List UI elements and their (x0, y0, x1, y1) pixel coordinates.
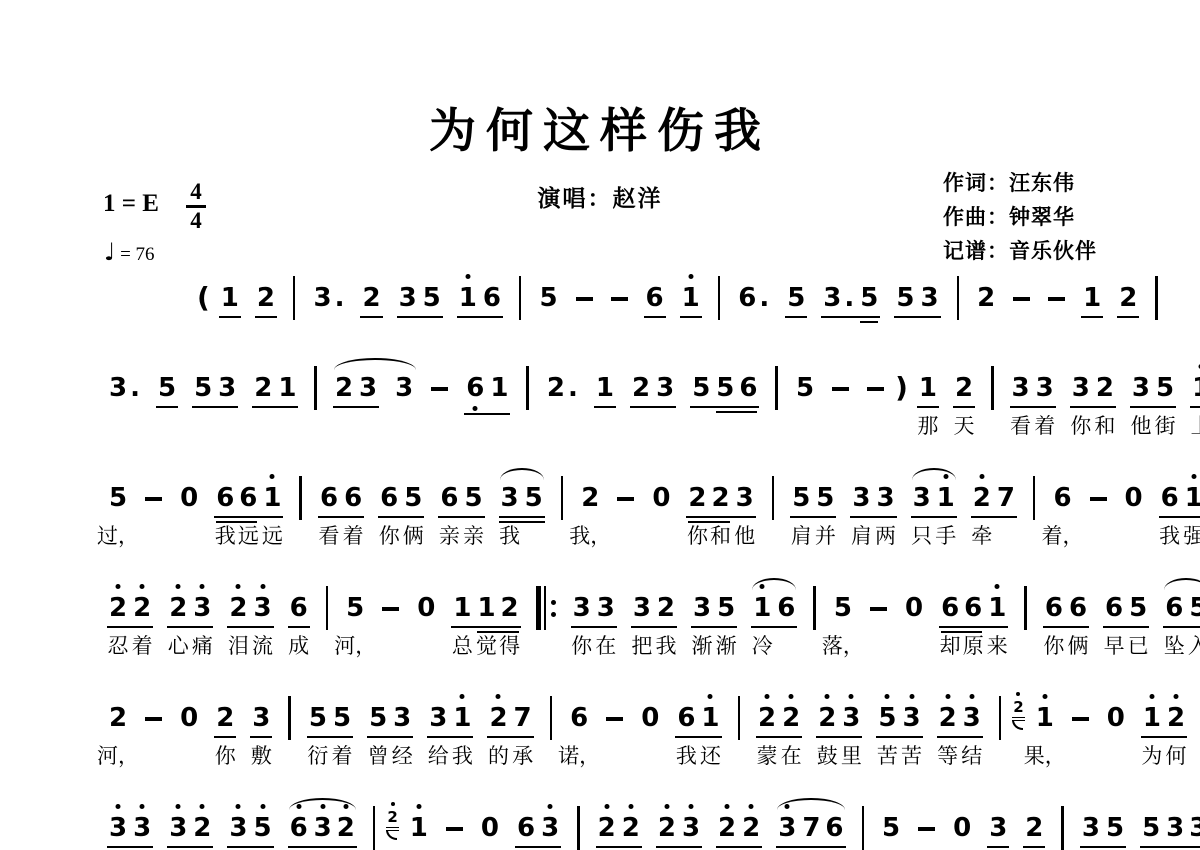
note-group: 6成 (287, 593, 311, 623)
note-digit: 5 (194, 373, 212, 403)
note: 6看 (320, 483, 338, 513)
note: 7 (997, 483, 1015, 513)
duration-dash (867, 387, 884, 391)
note-digit: 2 (688, 483, 706, 513)
note-group: 2 (1022, 813, 1046, 843)
note-digit: 6 (825, 813, 843, 843)
note: 3. (109, 373, 140, 403)
lyric-syllable: 还 (700, 741, 721, 771)
lyric-syllable: 你 (1043, 631, 1064, 661)
lyric-syllable: 我 (452, 741, 473, 771)
note-digit: 6 (677, 703, 695, 733)
time-signature-denominator: 4 (190, 209, 202, 233)
note-group: 6诺， (567, 703, 591, 733)
lyric-syllable: 里 (841, 741, 862, 771)
lyric-syllable: 总 (452, 631, 473, 661)
augmentation-dot: . (568, 373, 578, 403)
note-digit: 5 (1106, 813, 1124, 843)
note-group: 3你3在 (570, 593, 618, 623)
note: 6 (483, 283, 501, 313)
lyric-syllable: 你 (215, 741, 236, 771)
barline (561, 476, 564, 520)
note-digit: 6 (517, 813, 535, 843)
note-digit: 5 (792, 483, 810, 513)
note-group: 533 (1139, 813, 1200, 843)
barline (1061, 806, 1064, 850)
system-line-4: 2忍2着2心3痛2泪3流6成5河，01总1觉2得3你3在3把2我3渐5渐1冷65… (100, 593, 1200, 637)
note: 1强 (1185, 483, 1200, 513)
note-group: 2你 (213, 703, 237, 733)
note: 2蒙 (758, 703, 776, 733)
note-group: 0 (902, 593, 926, 623)
note-digit: 0 (180, 483, 198, 513)
note: 2得 (501, 593, 519, 623)
lyric-syllable: 泪 (228, 631, 249, 661)
note-digit: 0 (652, 483, 670, 513)
lyric-syllable: 肩 (791, 521, 812, 551)
note-digit: 6 (1161, 483, 1179, 513)
parenthesis: ( (197, 283, 210, 313)
lyric-syllable: 远 (238, 521, 259, 551)
note-digit: 2 (939, 703, 957, 733)
note: 2 (658, 813, 676, 843)
note-digit: 0 (1107, 703, 1125, 733)
system-line-2: 3.55321233612.1235565)1那2天3看3着3你2和3他5街1上… (100, 373, 1200, 417)
note-digit: 5 (860, 283, 878, 313)
note-group: 2. (544, 373, 581, 403)
duration-dash (1048, 297, 1065, 301)
note-digit: 2 (1025, 813, 1043, 843)
octave-dot-above (945, 694, 950, 699)
note: 5曾 (369, 703, 387, 733)
barline (293, 276, 296, 320)
grace-tie-curve (386, 830, 397, 840)
note-digit: 5 (1189, 593, 1200, 623)
octave-dot-above (236, 584, 241, 589)
note-group: 6坠5入 (1162, 593, 1200, 623)
sixteenth-subgroup: 1觉2得 (477, 593, 518, 623)
note-digit: 3 (133, 813, 151, 843)
lyric-syllable: 那 (917, 411, 938, 441)
note-digit: 7 (802, 813, 820, 843)
note-group: 2我， (578, 483, 602, 513)
note: 3 (218, 373, 236, 403)
note-group: 53 (191, 373, 239, 403)
lyric-syllable: 给 (428, 741, 449, 771)
octave-dot-above (708, 694, 713, 699)
augmentation-dot: . (759, 283, 769, 313)
note-digit: 6 (941, 593, 959, 623)
note-digit: 6 (239, 483, 257, 513)
note: 3渐 (693, 593, 711, 623)
lyric-syllable: 强 (1183, 521, 1200, 551)
lyric-syllable: 承 (512, 741, 533, 771)
note-digit: 3 (852, 483, 870, 513)
note-digit: 2 (133, 593, 151, 623)
note: 6 (517, 813, 535, 843)
sheet-music-page: 为何这样伤我 演唱：赵洋 作词：汪东伟 作曲：钟翠华 记谱：音乐伙伴 1 = E… (0, 0, 1200, 850)
note: 3敷 (252, 703, 270, 733)
note: 5已 (1129, 593, 1147, 623)
note-group: 3我5 (498, 483, 546, 513)
octave-dot-above (943, 474, 948, 479)
composer-credit: 作曲：钟翠华 (943, 200, 1097, 234)
note-digit: 3 (1072, 373, 1090, 403)
lyric-syllable: 来 (987, 631, 1008, 661)
lyric-syllable: 流 (252, 631, 273, 661)
note: 2忍 (109, 593, 127, 623)
note-digit: 2 (718, 813, 736, 843)
note: 5 (194, 373, 212, 403)
note: 5 (539, 283, 557, 313)
lyric-syllable: 鼓 (817, 741, 838, 771)
note: 1 (1083, 283, 1101, 313)
octave-dot-above (688, 274, 693, 279)
lyric-syllable: 坠 (1164, 631, 1185, 661)
note: 1果， (1036, 703, 1054, 733)
note: 6 (466, 373, 484, 403)
note-group: 6你5俩 (377, 483, 425, 513)
lyric-syllable: 为 (1141, 741, 1162, 771)
note: 1 (490, 373, 508, 403)
note-group: 632 (287, 813, 358, 843)
note-digit: 3 (541, 813, 559, 843)
note-digit: 2 (598, 813, 616, 843)
parenthesis: ) (895, 373, 908, 403)
octave-dot-above (296, 804, 301, 809)
note-digit: 5 (1156, 373, 1174, 403)
note-digit: 3 (876, 483, 894, 513)
note: 3 (656, 373, 674, 403)
note-digit: 1 (221, 283, 239, 313)
octave-dot-above (176, 584, 181, 589)
note-digit: 2 (782, 703, 800, 733)
lyric-syllable: 成 (288, 631, 309, 661)
note: 6我 (216, 483, 234, 513)
lyric-syllable: 看 (319, 521, 340, 551)
note-digit: 1 (1036, 703, 1054, 733)
note-digit: 7 (997, 483, 1015, 513)
note-digit: 5 (692, 373, 710, 403)
note-digit: 2 (547, 373, 565, 403)
note-group: 6着， (1050, 483, 1074, 513)
note: 1为 (1143, 703, 1161, 733)
note-digit: 2 (335, 373, 353, 403)
note-digit: 2 (977, 283, 995, 313)
note-group: 3给1我 (426, 703, 474, 733)
note-digit: 5 (525, 483, 543, 513)
note-group: 2牵7 (970, 483, 1018, 513)
note: 5入 (1189, 593, 1200, 623)
note-digit: 3 (656, 373, 674, 403)
note: 3 (169, 813, 187, 843)
note-digit: 5 (346, 593, 364, 623)
lyric-syllable: 和 (710, 521, 731, 551)
barline (775, 366, 778, 410)
sixteenth-subgroup: 32 (314, 813, 355, 843)
note-digit: 5 (464, 483, 482, 513)
note: 2和 (1096, 373, 1114, 403)
note-group: 23 (332, 373, 380, 403)
note-digit: 1 (459, 283, 477, 313)
lyric-syllable: 我， (569, 521, 611, 551)
note-group: 3. (106, 373, 143, 403)
note-digit: 2 (109, 593, 127, 623)
barline (299, 476, 302, 520)
note-digit: 1 (682, 283, 700, 313)
octave-dot-above (116, 804, 121, 809)
note-digit: 3 (359, 373, 377, 403)
barline (957, 276, 960, 320)
octave-dot-above (320, 804, 325, 809)
note-digit: 5 (882, 813, 900, 843)
note-digit: 2 (658, 813, 676, 843)
barline (314, 366, 317, 410)
octave-dot-above (725, 804, 730, 809)
octave-dot-above (1149, 694, 1154, 699)
note-group: 2忍2着 (106, 593, 154, 623)
slur-arc (752, 578, 796, 590)
note-group: 5 (155, 373, 179, 403)
note-group: 5曾3经 (366, 703, 414, 733)
octave-dot-above (1174, 694, 1179, 699)
note: 3 (1082, 813, 1100, 843)
lyric-syllable: 在 (595, 631, 616, 661)
duration-dash (617, 497, 634, 501)
note: 1远 (263, 483, 281, 513)
note: 2河， (109, 703, 127, 733)
note: 3 (1189, 813, 1200, 843)
note-digit: 5 (787, 283, 805, 313)
note-group: 32 (166, 813, 214, 843)
note-digit: 2 (489, 703, 507, 733)
note-group: 376 (775, 813, 846, 843)
lyric-syllable: 原 (963, 631, 984, 661)
note-digit: 2 (169, 593, 187, 623)
note: 2心 (169, 593, 187, 623)
note-group: 35 (226, 813, 274, 843)
octave-dot-above (969, 694, 974, 699)
note: 1手 (937, 483, 955, 513)
lyric-syllable: 觉 (476, 631, 497, 661)
note-group: 5河， (343, 593, 367, 623)
note-digit: 5 (109, 483, 127, 513)
note: 0 (180, 703, 198, 733)
octave-dot-above (664, 804, 669, 809)
lyric-syllable: 手 (935, 521, 956, 551)
note: 5 (860, 283, 878, 313)
note-digit: 3 (1012, 373, 1030, 403)
note-group: 0 (649, 483, 673, 513)
note-group: 2鼓3里 (815, 703, 863, 733)
note-group: 3.5 (820, 283, 881, 313)
note-digit: 7 (514, 703, 532, 733)
note-digit: 3 (218, 373, 236, 403)
note: 1上 (1192, 373, 1200, 403)
note: 2 (1025, 813, 1043, 843)
note: 1 (596, 373, 614, 403)
octave-dot-above (548, 804, 553, 809)
octave-dot-above (765, 694, 770, 699)
note: 5 (253, 813, 271, 843)
barline (373, 806, 376, 850)
note-digit: 6 (1069, 593, 1087, 623)
duration-dash (870, 607, 887, 611)
lyric-syllable: 把 (631, 631, 652, 661)
barline (862, 806, 865, 850)
note-digit: 1 (477, 593, 495, 623)
note: 7承 (514, 703, 532, 733)
octave-dot-above (604, 804, 609, 809)
note-digit: 3 (193, 593, 211, 623)
note: 2你 (216, 703, 234, 733)
note-group: 53 (893, 283, 941, 313)
note-group: 22 (715, 813, 763, 843)
note-digit: 3 (395, 373, 413, 403)
note-digit: 3 (902, 703, 920, 733)
note-digit: 5 (404, 483, 422, 513)
note: 1 (682, 283, 700, 313)
note-digit: 6 (738, 283, 756, 313)
note: 2 (598, 813, 616, 843)
note: 2牵 (973, 483, 991, 513)
sixteenth-subgroup: 33 (1166, 813, 1200, 843)
barline (772, 476, 775, 520)
note: 3 (989, 813, 1007, 843)
note-group: 6我1还 (674, 703, 722, 733)
note: 0 (180, 483, 198, 513)
octave-dot-above (140, 584, 145, 589)
note: 2泪 (229, 593, 247, 623)
note-digit: 3 (573, 593, 591, 623)
grace-note: 2 (387, 809, 397, 825)
note-digit: 6 (1053, 483, 1071, 513)
note-digit: 1 (1185, 483, 1200, 513)
octave-dot-above (995, 584, 1000, 589)
lyric-syllable: 俩 (1067, 631, 1088, 661)
note-digit: 2 (657, 593, 675, 623)
note: 2 (742, 813, 760, 843)
note: 6我 (1161, 483, 1179, 513)
note-digit: 2 (1096, 373, 1114, 403)
lyric-syllable: 你 (379, 521, 400, 551)
note-digit: 0 (417, 593, 435, 623)
lyric-syllable: 冷 (752, 631, 773, 661)
sixteenth-subgroup: 56 (716, 373, 757, 403)
note-digit: 2 (955, 373, 973, 403)
note-group: 22 (595, 813, 643, 843)
note-digit: 5 (1129, 593, 1147, 623)
note-digit: 5 (423, 283, 441, 313)
note: 1我 (453, 703, 471, 733)
octave-dot-above (116, 584, 121, 589)
note-digit: 1 (596, 373, 614, 403)
note: 5肩 (792, 483, 810, 513)
note: 6原 (964, 593, 982, 623)
note: 3 (399, 283, 417, 313)
lyric-syllable: 我 (499, 521, 520, 551)
note-digit: 6 (440, 483, 458, 513)
note-digit: 6 (344, 483, 362, 513)
lyric-syllable: 心 (168, 631, 189, 661)
note: 2 (632, 373, 650, 403)
system-line-5: 2河，02你3敷5衍5着5曾3经3给1我2的7承6诺，06我1还2蒙2在2鼓3里… (100, 703, 1200, 747)
note: 5 (882, 813, 900, 843)
lyric-syllable: 我 (655, 631, 676, 661)
note-group: 5过， (106, 483, 130, 513)
note-group: 3你2和 (1069, 373, 1117, 403)
duration-dash (1013, 297, 1030, 301)
lyric-syllable: 结 (961, 741, 982, 771)
octave-dot-above (688, 804, 693, 809)
note: 6你 (1045, 593, 1063, 623)
sixteenth-subgroup: 6却6原 (941, 593, 982, 623)
note: 2 (193, 813, 211, 843)
note-digit: 2 (337, 813, 355, 843)
note: 3 (109, 813, 127, 843)
octave-dot-above (236, 804, 241, 809)
note-digit: 6 (570, 703, 588, 733)
lyric-syllable: 我 (676, 741, 697, 771)
note: 3里 (842, 703, 860, 733)
lyric-syllable: 早 (1104, 631, 1125, 661)
lyric-syllable: 他 (1130, 411, 1151, 441)
note: 2. (547, 373, 578, 403)
note-group: 6看6着 (317, 483, 365, 513)
note: 6你 (380, 483, 398, 513)
barline (577, 806, 580, 850)
note-digit: 2 (581, 483, 599, 513)
barline (999, 696, 1002, 740)
note-group: 16 (456, 283, 504, 313)
lyric-syllable: 敷 (251, 741, 272, 771)
note: 6 (646, 283, 664, 313)
repeat-dot (551, 612, 556, 617)
note-group: 0 (1104, 703, 1128, 733)
note-group: 23 (629, 373, 677, 403)
system-line-1: (123.235165616.53.553212 (195, 283, 1167, 327)
note-group: 23 (655, 813, 703, 843)
note-digit: 3 (736, 483, 754, 513)
lyric-syllable: 你 (1070, 411, 1091, 441)
note: 6 (825, 813, 843, 843)
note: 3 (229, 813, 247, 843)
note: 1冷 (753, 593, 771, 623)
lyric-syllable: 渐 (716, 631, 737, 661)
time-signature: 4 4 (186, 180, 206, 233)
note: 0 (953, 813, 971, 843)
note-group: 0 (638, 703, 662, 733)
lyric-syllable: 你 (571, 631, 592, 661)
note-digit: 3 (682, 813, 700, 843)
octave-dot-above (628, 804, 633, 809)
octave-dot-above (849, 694, 854, 699)
note-digit: 0 (905, 593, 923, 623)
note: 1觉 (477, 593, 495, 623)
note: 6远 (239, 483, 257, 513)
note: 3他 (1132, 373, 1150, 403)
note-group: 3. (310, 283, 347, 313)
note: 3两 (876, 483, 894, 513)
note-digit: 5 (716, 373, 734, 403)
note-digit: 2 (758, 703, 776, 733)
note-group: 3 (986, 813, 1010, 843)
note: 2等 (939, 703, 957, 733)
lyric-syllable: 已 (1128, 631, 1149, 661)
note: 2我， (581, 483, 599, 513)
barline (550, 696, 553, 740)
note-group: 2泪3流 (226, 593, 274, 623)
